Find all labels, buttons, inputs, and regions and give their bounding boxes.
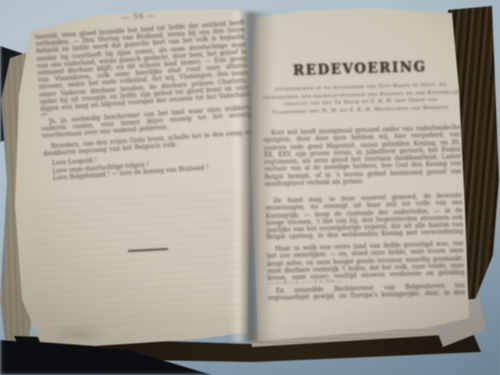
right-paragraph-3: Maar in welk een verre land van liefde g… bbox=[267, 240, 465, 284]
left-page-text: — 56 — toereid, wien gloed bezielde het … bbox=[34, 5, 255, 183]
left-paragraph-1: toereid, wien gloed bezielde het land to… bbox=[35, 19, 250, 115]
chapter-heading: REDEVOERING bbox=[261, 58, 458, 80]
book-photo: — 56 — toereid, wien gloed bezielde het … bbox=[0, 0, 500, 375]
right-page-text: REDEVOERING uitgesproken in de hoofdkerk… bbox=[261, 52, 465, 303]
right-paragraph-1: Kort wel heeft menigmaal getuurd onder o… bbox=[263, 124, 462, 194]
chapter-subtitle: uitgesproken in de hoofdkerk van Sint Ba… bbox=[262, 81, 460, 117]
page-stain bbox=[48, 325, 108, 343]
show-through-text bbox=[32, 191, 243, 330]
right-paragraph-2: De hand mag, in deze eeuwvol gemoed, de … bbox=[265, 192, 463, 242]
